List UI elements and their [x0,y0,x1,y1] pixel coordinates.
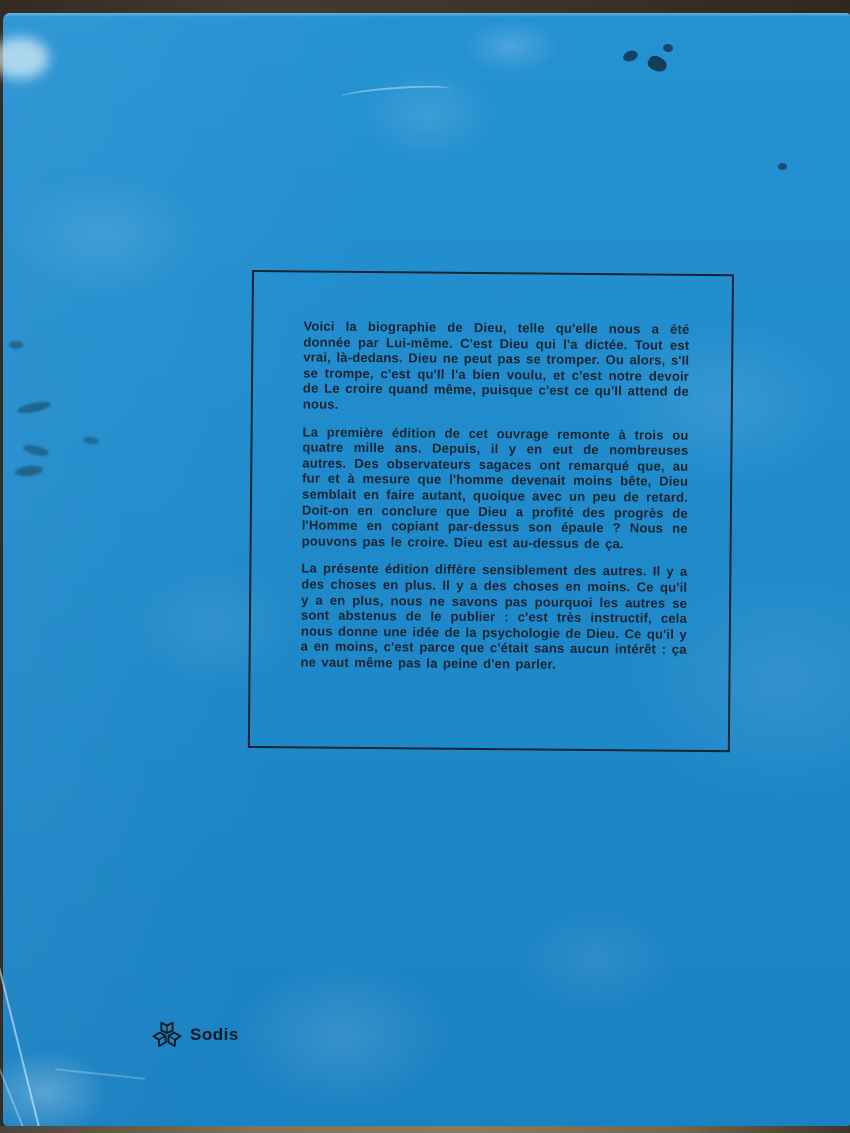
sodis-trefoil-books-icon [151,1019,183,1051]
ink-stain [646,53,669,74]
book-cover: Voici la biographie de Dieu, telle qu'el… [3,13,850,1126]
smudge-mark [15,465,44,478]
scratch-mark [0,946,43,1133]
scratch-mark [55,1068,145,1079]
smudge-mark [22,443,49,458]
ink-stain [662,43,673,53]
ink-stain [622,49,640,64]
publisher-name: Sodis [190,1025,239,1045]
blurb-box: Voici la biographie de Dieu, telle qu'el… [248,270,734,752]
smudge-mark [83,436,100,445]
book-pages-edge [0,1126,850,1133]
ink-speck [778,163,787,170]
scratch-mark [0,1029,26,1132]
blurb-paragraph: Voici la biographie de Dieu, telle qu'el… [303,318,690,415]
smudge-mark [16,400,51,416]
worn-corner [0,37,49,79]
publisher-mark: Sodis [151,1019,239,1051]
smudge-mark [9,341,23,349]
photo-background: Voici la biographie de Dieu, telle qu'el… [0,0,850,1133]
blurb-paragraph: La présente édition diffère sensiblement… [301,561,688,674]
scuff-line [341,83,452,103]
blurb-paragraph: La première édition de cet ouvrage remon… [302,424,689,552]
